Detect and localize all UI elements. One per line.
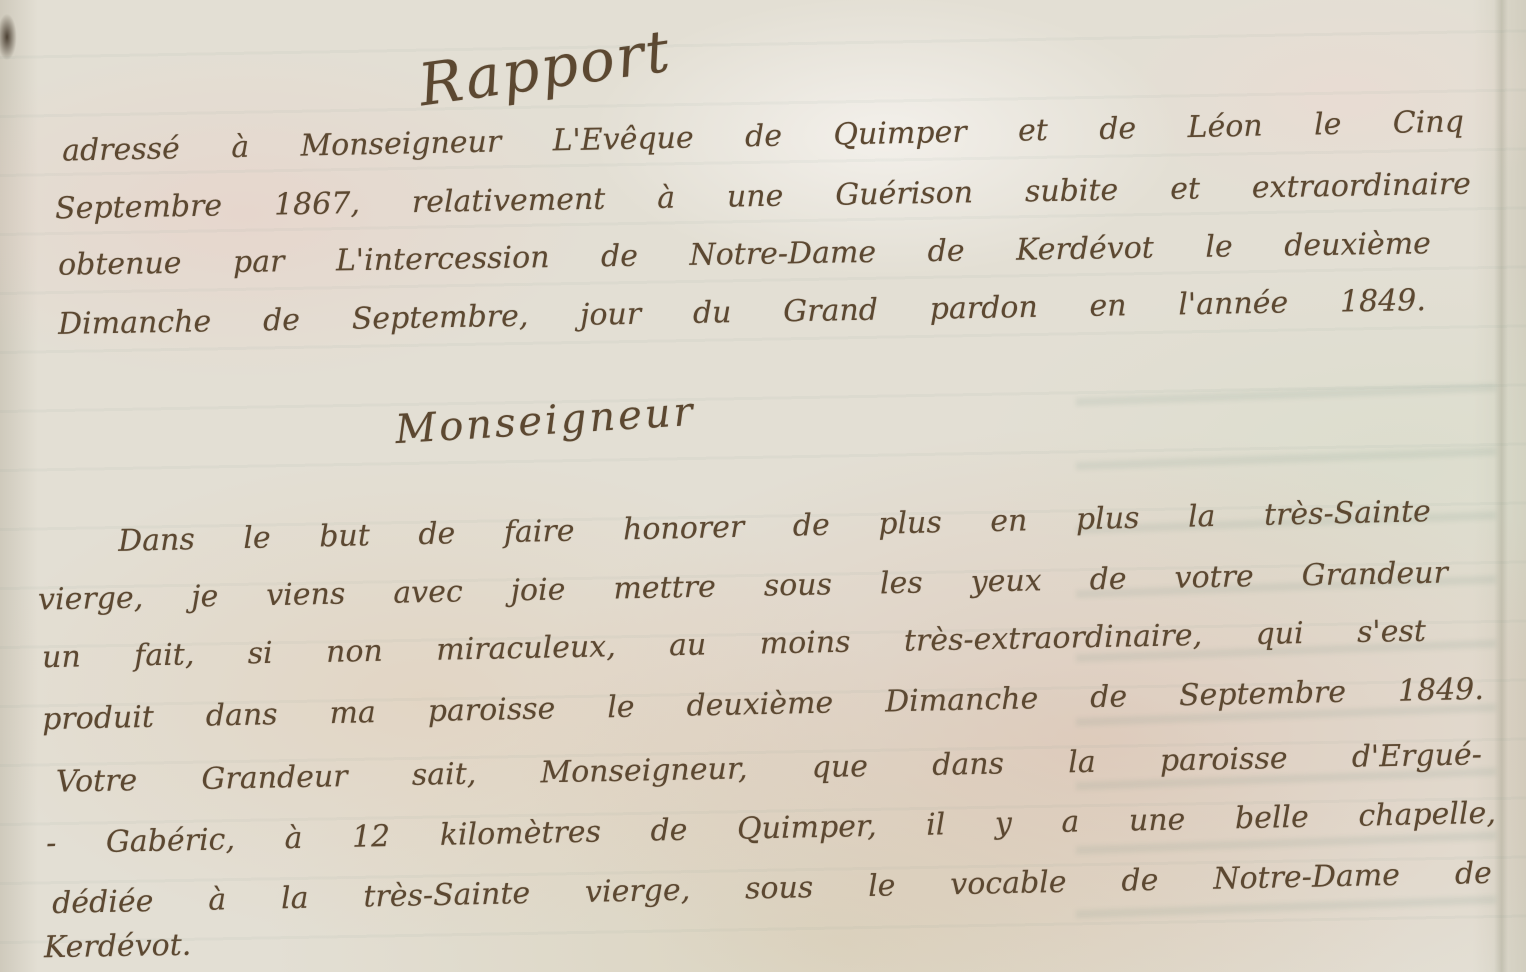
manuscript-line: Dans le but de faire honorer de plus en … xyxy=(118,491,1432,563)
manuscript-line: Dimanche de Septembre, jour du Grand par… xyxy=(58,280,1427,346)
manuscript-line: Votre Grandeur sait, Monseigneur, que da… xyxy=(56,734,1483,803)
manuscript-salutation: Monseigneur xyxy=(394,389,697,453)
manuscript-line: Kerdévot. xyxy=(44,925,192,970)
manuscript-line: - Gabéric, à 12 kilomètres de Quimper, i… xyxy=(46,793,1497,865)
manuscript-line: produit dans ma paroisse le deuxième Dim… xyxy=(42,669,1485,741)
manuscript-line: vierge, je viens avec joie mettre sous l… xyxy=(38,552,1449,621)
manuscript-page: Rapport adressé à Monseigneur L'Evêque d… xyxy=(0,0,1526,972)
manuscript-line: obtenue par L'intercession de Notre-Dame… xyxy=(58,223,1431,287)
manuscript-line: adressé à Monseigneur L'Evêque de Quimpe… xyxy=(62,101,1465,172)
manuscript-line: dédiée à la très-Sainte vierge, sous le … xyxy=(52,853,1493,925)
manuscript-title: Rapport xyxy=(415,17,676,120)
manuscript-line: Septembre 1867, relativement à une Guéri… xyxy=(55,164,1472,231)
ink-blot xyxy=(0,6,20,68)
manuscript-line: un fait, si non miraculeux, au moins trè… xyxy=(42,611,1427,680)
